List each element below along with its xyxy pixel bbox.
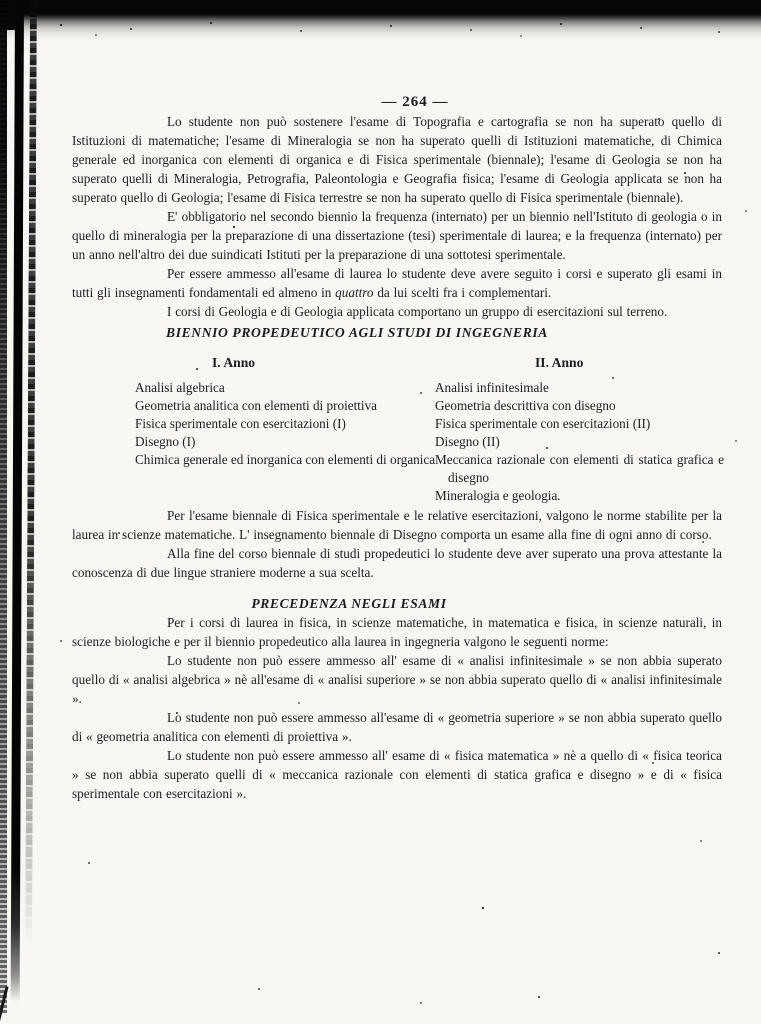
binding-edge-shadow [0,0,7,1014]
paragraph-lingue-straniere: Alla fine del corso biennale di studi pr… [72,544,722,582]
page-content: — 264 — Lo studente non può sostenere l'… [72,0,722,803]
paragraph-precedenza-fisica: Lo studente non può essere ammesso all' … [72,746,722,803]
course-item: Meccanica razionale con elementi di stat… [435,451,724,487]
text-run-after: da lui scelti fra i complementari. [374,285,552,300]
course-item: Chimica generale ed inorganica con eleme… [135,451,438,469]
course-item: Fisica sperimentale con esercitazioni (I… [435,415,724,433]
course-item: Mineralogia e geologia. [435,487,724,505]
emphasized-word: quattro [335,285,373,300]
paragraph-esercitazioni-terreno: I corsi di Geologia e di Geologia applic… [72,302,722,321]
section-heading-biennio: BIENNIO PROPEDEUTICO AGLI STUDI DI INGEG… [32,323,682,342]
paragraph-precedenza-geometria: Lo studente non può essere ammesso all'e… [72,708,722,746]
course-item: Geometria analitica con elementi di proi… [135,397,438,415]
course-item: Analisi algebrica [135,379,438,397]
paragraph-internato: E' obbligatorio nel secondo biennio la f… [72,207,722,264]
paragraph-precedenze-geologia: Lo studente non può sostenere l'esame di… [72,112,722,207]
page-number: — 264 — [90,92,740,112]
binding-stripe [11,0,24,1002]
course-item: Disegno (I) [135,433,438,451]
paragraph-ammissione-laurea: Per essere ammesso all'esame di laurea l… [72,264,722,302]
paragraph-fisica-biennale: Per l'esame biennale di Fisica speriment… [72,506,722,544]
column-title-second-year: II. Anno [535,353,583,372]
course-item: Disegno (II) [435,433,724,451]
paragraph-precedenza-analisi: Lo studente non può essere ammesso all' … [72,651,722,708]
column-title-first-year: I. Anno [212,353,255,372]
paragraph-norme-generali: Per i corsi di laurea in fisica, in scie… [72,613,722,651]
binding-stitch-line [25,0,37,945]
course-list-year1: Analisi algebricaGeometria analitica con… [135,379,438,469]
scanned-page: — 264 — Lo studente non può sostenere l'… [0,0,761,1024]
year-column-titles: I. Anno II. Anno [72,353,722,372]
course-list-year2: Analisi infinitesimaleGeometria descritt… [435,379,724,505]
course-item: Fisica sperimentale con esercitazioni (I… [135,415,438,433]
course-columns: Analisi algebricaGeometria analitica con… [72,379,722,506]
course-item: Geometria descrittiva con disegno [435,397,724,415]
course-item: Analisi infinitesimale [435,379,724,397]
section-heading-precedenza: PRECEDENZA NEGLI ESAMI [24,594,674,613]
